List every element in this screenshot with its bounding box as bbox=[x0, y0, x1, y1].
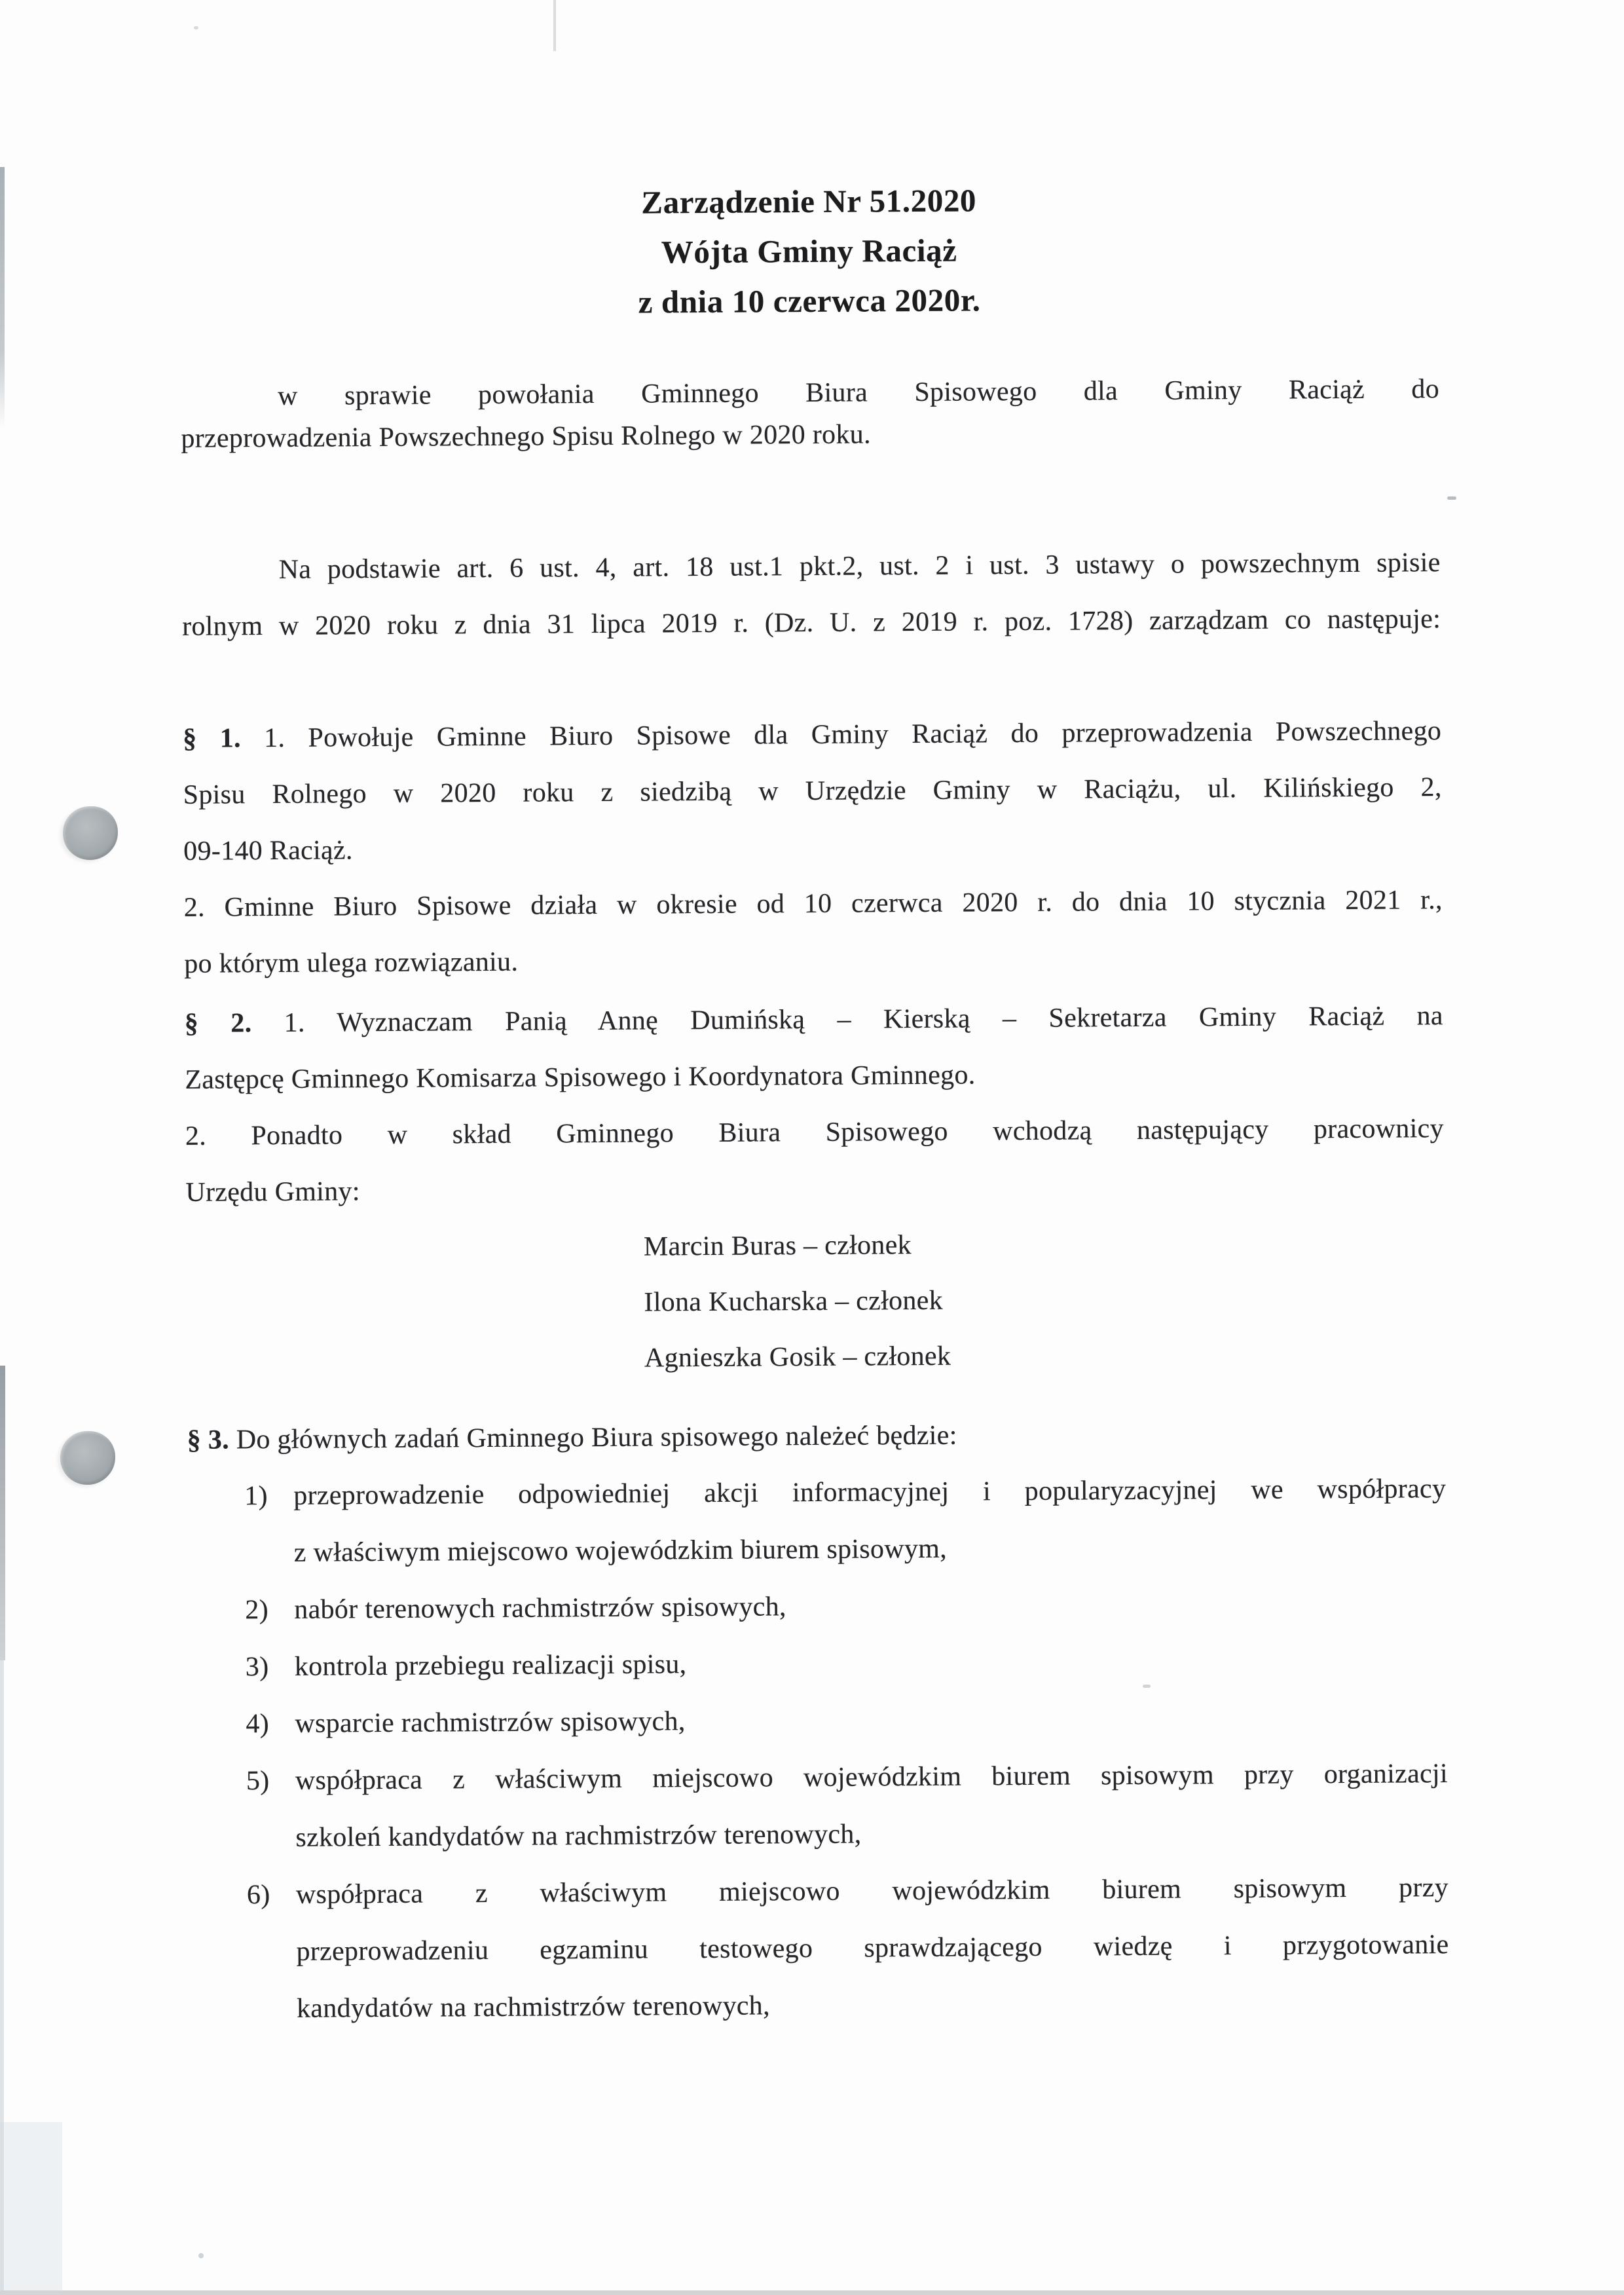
section-1-line-1: § 1. 1. Powołuje Gminne Biuro Spisowe dl… bbox=[183, 703, 1441, 767]
member-row-3: Agnieszka Gosik – członek bbox=[644, 1326, 1445, 1386]
legal-basis-paragraph: Na podstawie art. 6 ust. 4, art. 18 ust.… bbox=[181, 534, 1441, 655]
legal-basis-line-1: Na podstawie art. 6 ust. 4, art. 18 ust.… bbox=[181, 534, 1440, 599]
section-2-marker: § 2. bbox=[185, 1008, 252, 1039]
scan-speck bbox=[1447, 496, 1456, 500]
scan-speck bbox=[194, 26, 198, 29]
member-row-2: Ilona Kucharska – członek bbox=[644, 1270, 1445, 1330]
task-item-1-line-1: 1)przeprowadzenie odpowiedniej akcji inf… bbox=[187, 1461, 1446, 1525]
subject-paragraph: w sprawie powołania Gminnego Biura Spiso… bbox=[181, 368, 1440, 460]
member-row-1: Marcin Buras – członek bbox=[644, 1214, 1445, 1275]
task-item-3: 3)kontrola przebiegu realizacji spisu, bbox=[189, 1632, 1447, 1696]
legal-basis-line-2: rolnym w 2020 roku z dnia 31 lipca 2019 … bbox=[182, 591, 1441, 655]
task-item-5-line-2: szkoleń kandydatów na rachmistrzów teren… bbox=[189, 1802, 1448, 1867]
scan-speck bbox=[1143, 1685, 1151, 1688]
section-1-line-4: 2. Gminne Biuro Spisowe działa w okresie… bbox=[183, 872, 1442, 936]
title-line-3: z dnia 10 czerwca 2020r. bbox=[180, 272, 1439, 330]
section-1-line-3: 09-140 Raciąż. bbox=[183, 815, 1442, 880]
task-item-6-line-1: 6)współpraca z właściwym miejscowo wojew… bbox=[190, 1859, 1449, 1924]
scanned-document-page: Zarządzenie Nr 51.2020 Wójta Gminy Racią… bbox=[0, 0, 1624, 2295]
task-item-1-line-2: z właściwym miejscowo wojewódzkim biurem… bbox=[188, 1518, 1447, 1582]
subject-line-1: w sprawie powołania Gminnego Biura Spiso… bbox=[181, 368, 1439, 418]
task-item-2-number: 2) bbox=[245, 1582, 268, 1639]
title-line-2: Wójta Gminy Raciąż bbox=[179, 223, 1438, 280]
title-line-1: Zarządzenie Nr 51.2020 bbox=[179, 173, 1438, 231]
section-2-line-4: Urzędu Gminy: bbox=[185, 1157, 1444, 1221]
task-item-6-line-3: kandydatów na rachmistrzów terenowych, bbox=[191, 1973, 1449, 2038]
task-item-2: 2)nabór terenowych rachmistrzów spisowyc… bbox=[188, 1575, 1447, 1639]
section-1-paragraph: § 1. 1. Powołuje Gminne Biuro Spisowe dl… bbox=[183, 703, 1443, 992]
section-3-heading: § 3. Do głównych zadań Gminnego Biura sp… bbox=[187, 1404, 1445, 1468]
hole-punch-mark-top bbox=[63, 806, 118, 860]
hole-punch-mark-bottom bbox=[60, 1431, 115, 1485]
scan-speck bbox=[198, 2253, 204, 2258]
section-1-marker: § 1. bbox=[183, 723, 241, 754]
scan-edge-left-top bbox=[0, 167, 5, 429]
document-title: Zarządzenie Nr 51.2020 Wójta Gminy Racią… bbox=[179, 173, 1439, 330]
scan-edge-bottom bbox=[0, 2290, 1624, 2295]
scan-tint-left-bottom bbox=[0, 2122, 62, 2295]
section-3-marker: § 3. bbox=[187, 1425, 229, 1455]
members-list: Marcin Buras – członek Ilona Kucharska –… bbox=[644, 1214, 1446, 1386]
document-content: Zarządzenie Nr 51.2020 Wójta Gminy Racią… bbox=[178, 0, 1449, 2038]
section-1-line-2: Spisu Rolnego w 2020 roku z siedzibą w U… bbox=[183, 759, 1441, 823]
subject-line-2: przeprowadzenia Powszechnego Spisu Rolne… bbox=[181, 410, 1439, 460]
document-text-layer: Zarządzenie Nr 51.2020 Wójta Gminy Racią… bbox=[0, 0, 1624, 2295]
task-list: 1)przeprowadzenie odpowiedniej akcji inf… bbox=[187, 1461, 1449, 2038]
section-2-line-1: § 2. 1. Wyznaczam Panią Annę Dumińską – … bbox=[185, 988, 1443, 1052]
task-item-6-number: 6) bbox=[247, 1867, 270, 1924]
section-2-paragraph: § 2. 1. Wyznaczam Panią Annę Dumińską – … bbox=[185, 988, 1445, 1221]
scan-line-top-center bbox=[553, 0, 556, 51]
task-item-1-number: 1) bbox=[244, 1468, 268, 1525]
task-item-3-number: 3) bbox=[246, 1639, 269, 1696]
task-item-5-line-1: 5)współpraca z właściwym miejscowo wojew… bbox=[189, 1745, 1448, 1810]
scan-edge-left-middle bbox=[0, 1366, 5, 1660]
task-item-6-line-2: przeprowadzeniu egzaminu testowego spraw… bbox=[190, 1916, 1449, 1981]
task-item-4-number: 4) bbox=[246, 1696, 269, 1753]
task-item-5-number: 5) bbox=[246, 1753, 270, 1810]
section-3-heading-line: § 3. Do głównych zadań Gminnego Biura sp… bbox=[187, 1404, 1445, 1468]
task-item-4: 4)wsparcie rachmistrzów spisowych, bbox=[189, 1689, 1447, 1753]
section-2-line-3: 2. Ponadto w skład Gminnego Biura Spisow… bbox=[185, 1100, 1444, 1165]
section-1-line-5: po którym ulega rozwiązaniu. bbox=[184, 928, 1443, 992]
section-2-line-2: Zastępcę Gminnego Komisarza Spisowego i … bbox=[185, 1044, 1443, 1108]
